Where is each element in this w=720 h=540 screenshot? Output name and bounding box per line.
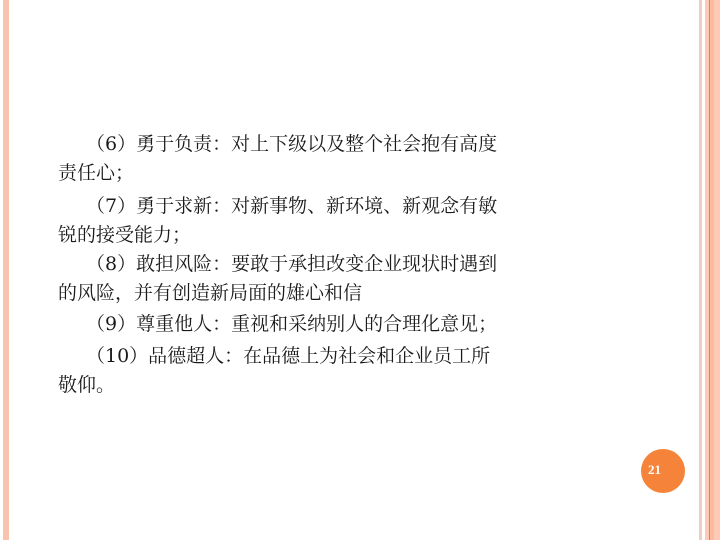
paragraph-line: （7）勇于求新：对新事物、新环境、新观念有敏 bbox=[58, 192, 618, 221]
paragraph-7: （7）勇于求新：对新事物、新环境、新观念有敏 锐的接受能力； bbox=[58, 192, 618, 250]
right-decorative-line bbox=[709, 0, 710, 540]
paragraph-line: （8）敢担风险：要敢于承担改变企业现状时遇到 bbox=[58, 250, 618, 279]
paragraph-9: （9）尊重他人：重视和采纳别人的合理化意见； bbox=[58, 310, 618, 339]
paragraph-line: 敬仰。 bbox=[58, 371, 618, 400]
paragraph-6: （6）勇于负责：对上下级以及整个社会抱有高度 责任心； bbox=[58, 130, 618, 188]
slide-body: （6）勇于负责：对上下级以及整个社会抱有高度 责任心； （7）勇于求新：对新事物… bbox=[58, 130, 618, 400]
paragraph-line: 责任心； bbox=[58, 159, 618, 188]
paragraph-line: （10）品德超人：在品德上为社会和企业员工所 bbox=[58, 342, 618, 371]
right-decorative-thin-stripe bbox=[699, 0, 702, 540]
paragraph-line: （6）勇于负责：对上下级以及整个社会抱有高度 bbox=[58, 130, 618, 159]
page-number: 21 bbox=[648, 462, 661, 478]
paragraph-10: （10）品德超人：在品德上为社会和企业员工所 敬仰。 bbox=[58, 342, 618, 400]
paragraph-line: 锐的接受能力； bbox=[58, 221, 618, 250]
paragraph-line: 的风险，并有创造新局面的雄心和信 bbox=[58, 279, 618, 308]
left-decorative-stripe bbox=[3, 0, 9, 540]
paragraph-line: （9）尊重他人：重视和采纳别人的合理化意见； bbox=[58, 310, 618, 339]
paragraph-8: （8）敢担风险：要敢于承担改变企业现状时遇到 的风险，并有创造新局面的雄心和信 bbox=[58, 250, 618, 308]
